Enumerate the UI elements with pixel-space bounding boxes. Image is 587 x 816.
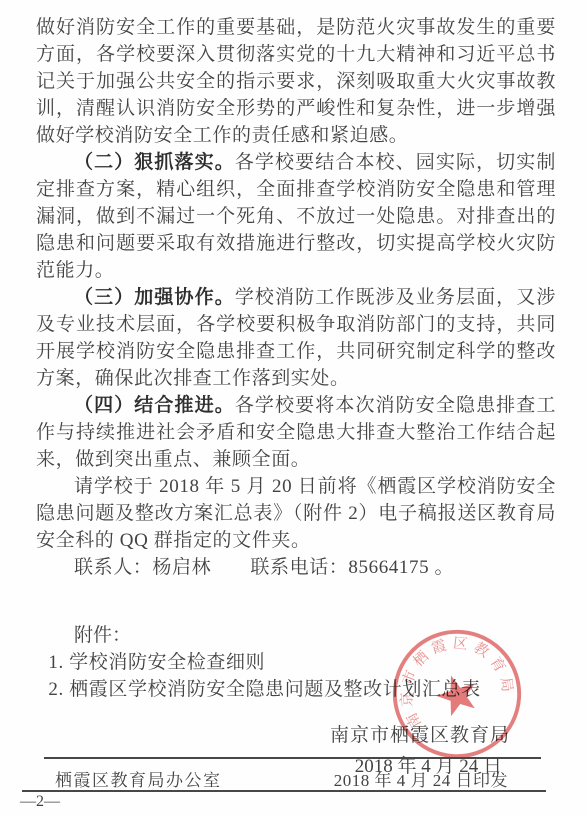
document-page: 做好消防安全工作的重要基础，是防范火灾事故发生的重要方面，各学校要深入贯彻落实党… [0,0,587,816]
paragraph: （二）狠抓落实。各学校要结合本校、园实际，切实制定排查方案，精心组织，全面排查学… [36,149,556,284]
paragraph-text: 做好消防安全工作的重要基础，是防范火灾事故发生的重要方面，各学校要深入贯彻落实党… [36,17,556,146]
document-body: 做好消防安全工作的重要基础，是防范火灾事故发生的重要方面，各学校要深入贯彻落实党… [36,14,556,782]
footer-rule-top [44,757,541,759]
attachments-label: 附件： [36,622,556,649]
footer-issuer: 栖霞区教育局办公室 [55,766,222,791]
footer-print-date: 2018 年 4 月 24 日印发 [334,766,508,791]
attachment-item: 2. 栖霞区学校消防安全隐患问题及整改计划汇总表 [36,676,556,703]
page-number: —2— [20,793,60,811]
paragraph-text: 请学校于 2018 年 5 月 20 日前将《栖霞区学校消防安全隐患问题及整改方… [36,476,556,551]
contact-line: 联系人：杨启林 联系电话：85664175 。 [36,554,556,581]
paragraph: 请学校于 2018 年 5 月 20 日前将《栖霞区学校消防安全隐患问题及整改方… [36,473,556,554]
section-heading: （四）结合推进。 [74,395,235,416]
footer-rule-bottom [22,790,546,792]
contact-text: 联系人：杨启林 联系电话：85664175 。 [74,557,454,578]
section-heading: （二）狠抓落实。 [74,152,235,173]
section-heading: （三）加强协作。 [74,287,235,308]
paragraph: （四）结合推进。各学校要将本次消防安全隐患排查工作与持续推进社会矛盾和安全隐患大… [36,392,556,473]
attachment-item: 1. 学校消防安全检查细则 [36,649,556,676]
paragraph: （三）加强协作。学校消防工作既涉及业务层面，又涉及专业技术层面，各学校要积极争取… [36,284,556,392]
signature-org: 南京市栖霞区教育局 [36,720,556,751]
paragraph: 做好消防安全工作的重要基础，是防范火灾事故发生的重要方面，各学校要深入贯彻落实党… [36,14,556,149]
